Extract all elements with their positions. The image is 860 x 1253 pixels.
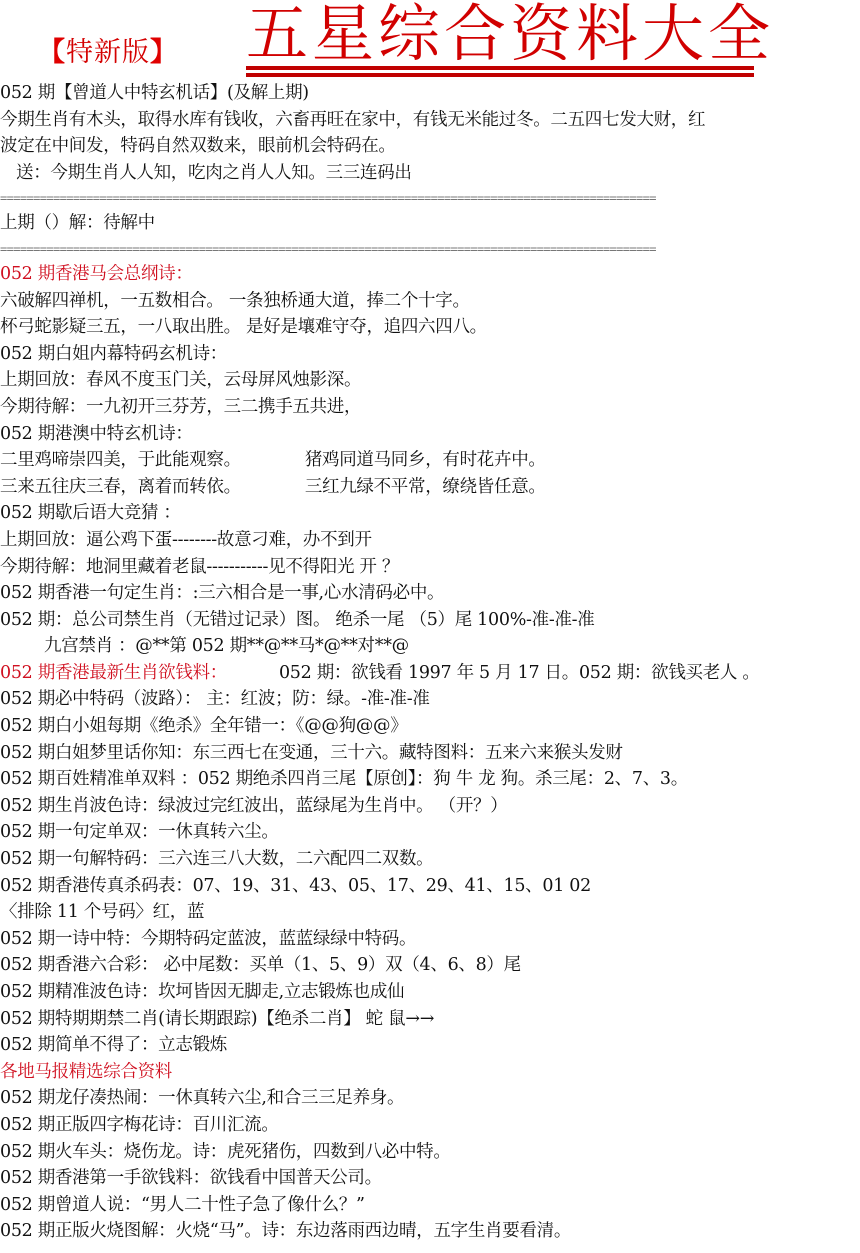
line-text: 052 期精准波色诗：坎坷皆因无脚走,立志锻炼也成仙: [0, 982, 404, 1002]
line-text: 上期回放：逼公鸡下蛋--------故意刁难，办不到开: [0, 530, 372, 550]
text-line: 052 期一诗中特：今期特码定蓝波，蓝蓝绿绿中特码。: [0, 926, 860, 953]
text-line: 今期待解：一九初开三芬芳，三二携手五共进，: [0, 394, 860, 421]
edition-label: 特新版: [66, 37, 150, 68]
line-text: 052 期生肖波色诗：绿波过完红波出，蓝绿尾为生肖中。 （开？）: [0, 796, 507, 816]
text-line: 052 期正版四字梅花诗：百川汇流。: [0, 1112, 860, 1139]
line-text: 052 期火车头：烧伤龙。诗：虎死猪伤，四数到八必中特。: [0, 1142, 451, 1162]
text-line: 今期待解：地洞里藏着老鼠-----------见不得阳光 开 ？: [0, 554, 860, 581]
text-line: 052 期特期期禁二肖(请长期跟踪)【绝杀二肖】 蛇 鼠→→: [0, 1006, 860, 1033]
text-line: 052 期：总公司禁生肖（无错过记录）图。 绝杀一尾 （5）尾 100%-准-准…: [0, 607, 860, 634]
line-text: 各地马报精选综合资料: [0, 1062, 172, 1082]
text-line: 052 期香港一句定生肖：:三六相合是一事,心水清码必中。: [0, 580, 860, 607]
line-text: 六破解四禅机，一五数相合。 一条独桥通大道，捧二个十字。: [0, 291, 470, 311]
document-body: 052 期【曾道人中特玄机话】(及解上期) 今期生肖有木头，取得水库有钱收，六畜…: [0, 80, 860, 1245]
line-text: 052 期香港六合彩： 必中尾数：买单（1、5、9）双（4、6、8）尾: [0, 955, 521, 975]
text-line: 052 期一句解特码：三六连三八大数，二六配四二双数。: [0, 846, 860, 873]
line-text: 052 期一诗中特：今期特码定蓝波，蓝蓝绿绿中特码。: [0, 929, 416, 949]
text-line: 052 期白姐梦里话你知：东三西七在变通，三十六。藏特图料：五来六来猴头发财: [0, 740, 860, 767]
line-text: 052 期香港一句定生肖：:三六相合是一事,心水清码必中。: [0, 583, 444, 603]
title-underline-bottom: [246, 73, 754, 77]
line-text: 052 期香港传真杀码表：07、19、31、43、05、17、29、41、15、…: [0, 876, 591, 896]
title-underline-top: [246, 66, 754, 70]
page-title: 五星综合资料大全: [246, 0, 774, 74]
line-text: 上期回放：春风不度玉门关，云母屏风烛影深。: [0, 370, 361, 390]
text-line: 052 期必中特码（波路）： 主：红波；防：绿。-准-准-准: [0, 686, 860, 713]
text-line: 052 期简单不得了：立志锻炼: [0, 1032, 860, 1059]
line-text-secondary: 052 期：欲钱看 1997 年 5 月 17 日。052 期：欲钱买老人 。: [279, 663, 760, 683]
text-line: 052 期白小姐每期《绝杀》全年错一：《@@狗@@》: [0, 713, 860, 740]
line-text: 052 期歇后语大竞猜 ：: [0, 503, 181, 523]
text-line: 052 期歇后语大竞猜 ：: [0, 500, 860, 527]
section-heading: 052 期【曾道人中特玄机话】(及解上期): [0, 80, 860, 107]
text-line: 送：今期生肖人人知，吃肉之肖人人知。三三连码出: [0, 160, 860, 187]
line-text: 052 期特期期禁二肖(请长期跟踪)【绝杀二肖】 蛇 鼠→→: [0, 1009, 434, 1029]
line-text: 052 期：总公司禁生肖（无错过记录）图。 绝杀一尾 （5）尾 100%-准-准…: [0, 610, 594, 630]
line-text: 052 期香港最新生肖欲钱料：: [0, 663, 227, 683]
line-text: 052 期香港马会总纲诗：: [0, 264, 193, 284]
text-line: 九宫禁肖 ：@**第 052 期**@**马*@**对**@: [0, 633, 860, 660]
text-line: 052 期一句定单双：一休真转六尘。: [0, 819, 860, 846]
line-text: 052 期正版四字梅花诗：百川汇流。: [0, 1115, 279, 1135]
text-line: 六破解四禅机，一五数相合。 一条独桥通大道，捧二个十字。: [0, 288, 860, 315]
line-text: 052 期正版火烧图解：火烧“马”。诗：东边落雨西边晴，五字生肖要看清。: [0, 1221, 571, 1241]
separator: ========================================…: [0, 237, 735, 261]
text-line: 052 期精准波色诗：坎坷皆因无脚走,立志锻炼也成仙: [0, 979, 860, 1006]
line-text: 052 期白姐梦里话你知：东三西七在变通，三十六。藏特图料：五来六来猴头发财: [0, 743, 623, 763]
separator: ========================================…: [0, 186, 735, 210]
line-text: 九宫禁肖 ：@**第 052 期**@**马*@**对**@: [44, 636, 409, 656]
text-line: 052 期香港最新生肖欲钱料：052 期：欲钱看 1997 年 5 月 17 日…: [0, 660, 860, 687]
line-text: 三来五往庆三春，离着而转依。: [0, 477, 241, 497]
text-line: 052 期龙仔凑热闹：一休真转六尘,和合三三足养身。: [0, 1085, 860, 1112]
edition-badge: 【特新版】: [38, 30, 178, 69]
text-line: 052 期生肖波色诗：绿波过完红波出，蓝绿尾为生肖中。 （开？）: [0, 793, 860, 820]
text-line: 波定在中间发，特码自然双数来，眼前机会特码在。: [0, 133, 860, 160]
line-text: 052 期香港第一手欲钱料：欲钱看中国普天公司。: [0, 1168, 382, 1188]
line-text: 052 期白姐内幕特码玄机诗：: [0, 344, 227, 364]
text-line: 052 期港澳中特玄机诗：: [0, 421, 860, 448]
text-line: 052 期香港第一手欲钱料：欲钱看中国普天公司。: [0, 1165, 860, 1192]
line-text: 杯弓蛇影疑三五，一八取出胜。 是好是壤难守夺，追四六四八。: [0, 317, 487, 337]
bracket-close: 】: [150, 37, 178, 68]
content-lines: 052 期香港马会总纲诗：六破解四禅机，一五数相合。 一条独桥通大道，捧二个十字…: [0, 261, 860, 1245]
line-text: 052 期龙仔凑热闹：一休真转六尘,和合三三足养身。: [0, 1088, 404, 1108]
line-text: 052 期百姓精准单双料 ：052 期绝杀四肖三尾【原创】：狗 牛 龙 狗。杀三…: [0, 769, 688, 789]
text-line: 052 期曾道人说：“男人二十性子急了像什么？”: [0, 1192, 860, 1219]
text-line: 杯弓蛇影疑三五，一八取出胜。 是好是壤难守夺，追四六四八。: [0, 314, 860, 341]
line-text: 今期待解：地洞里藏着老鼠-----------见不得阳光 开 ？: [0, 557, 399, 577]
text-line: 052 期香港传真杀码表：07、19、31、43、05、17、29、41、15、…: [0, 873, 860, 900]
text-line: 上期回放：春风不度玉门关，云母屏风烛影深。: [0, 367, 860, 394]
line-text: 二里鸡啼崇四美，于此能观察。: [0, 450, 241, 470]
line-text: 052 期港澳中特玄机诗：: [0, 424, 193, 444]
line-text-secondary: 三红九绿不平常，缭绕皆任意。: [305, 477, 546, 497]
line-text: 052 期简单不得了：立志锻炼: [0, 1035, 227, 1055]
page-header: 【特新版】 五星综合资料大全: [0, 0, 860, 80]
text-line: 052 期火车头：烧伤龙。诗：虎死猪伤，四数到八必中特。: [0, 1139, 860, 1166]
text-line: 二里鸡啼崇四美，于此能观察。猪鸡同道马同乡，有时花卉中。: [0, 447, 860, 474]
text-line: 〈排除 11 个号码〉红，蓝: [0, 899, 860, 926]
line-text: 052 期一句解特码：三六连三八大数，二六配四二双数。: [0, 849, 433, 869]
last-period-result: 上期（）解：待解中: [0, 210, 860, 237]
line-text: 今期待解：一九初开三芬芳，三二携手五共进，: [0, 397, 361, 417]
bracket-open: 【: [38, 37, 66, 68]
text-line: 上期回放：逼公鸡下蛋--------故意刁难，办不到开: [0, 527, 860, 554]
line-text: 052 期曾道人说：“男人二十性子急了像什么？”: [0, 1195, 365, 1215]
line-text-secondary: 猪鸡同道马同乡，有时花卉中。: [305, 450, 546, 470]
text-line: 今期生肖有木头，取得水库有钱收，六畜再旺在家中，有钱无米能过冬。二五四七发大财，…: [0, 107, 860, 134]
text-line: 052 期香港马会总纲诗：: [0, 261, 860, 288]
text-line: 052 期百姓精准单双料 ：052 期绝杀四肖三尾【原创】：狗 牛 龙 狗。杀三…: [0, 766, 860, 793]
line-text: 〈排除 11 个号码〉红，蓝: [0, 902, 204, 922]
text-line: 052 期白姐内幕特码玄机诗：: [0, 341, 860, 368]
line-text: 052 期必中特码（波路）： 主：红波；防：绿。-准-准-准: [0, 689, 430, 709]
line-text: 052 期一句定单双：一休真转六尘。: [0, 822, 279, 842]
line-text: 052 期白小姐每期《绝杀》全年错一：《@@狗@@》: [0, 716, 407, 736]
text-line: 052 期香港六合彩： 必中尾数：买单（1、5、9）双（4、6、8）尾: [0, 952, 860, 979]
text-line: 各地马报精选综合资料: [0, 1059, 860, 1086]
text-line: 三来五往庆三春，离着而转依。三红九绿不平常，缭绕皆任意。: [0, 474, 860, 501]
text-line: 052 期正版火烧图解：火烧“马”。诗：东边落雨西边晴，五字生肖要看清。: [0, 1218, 860, 1245]
